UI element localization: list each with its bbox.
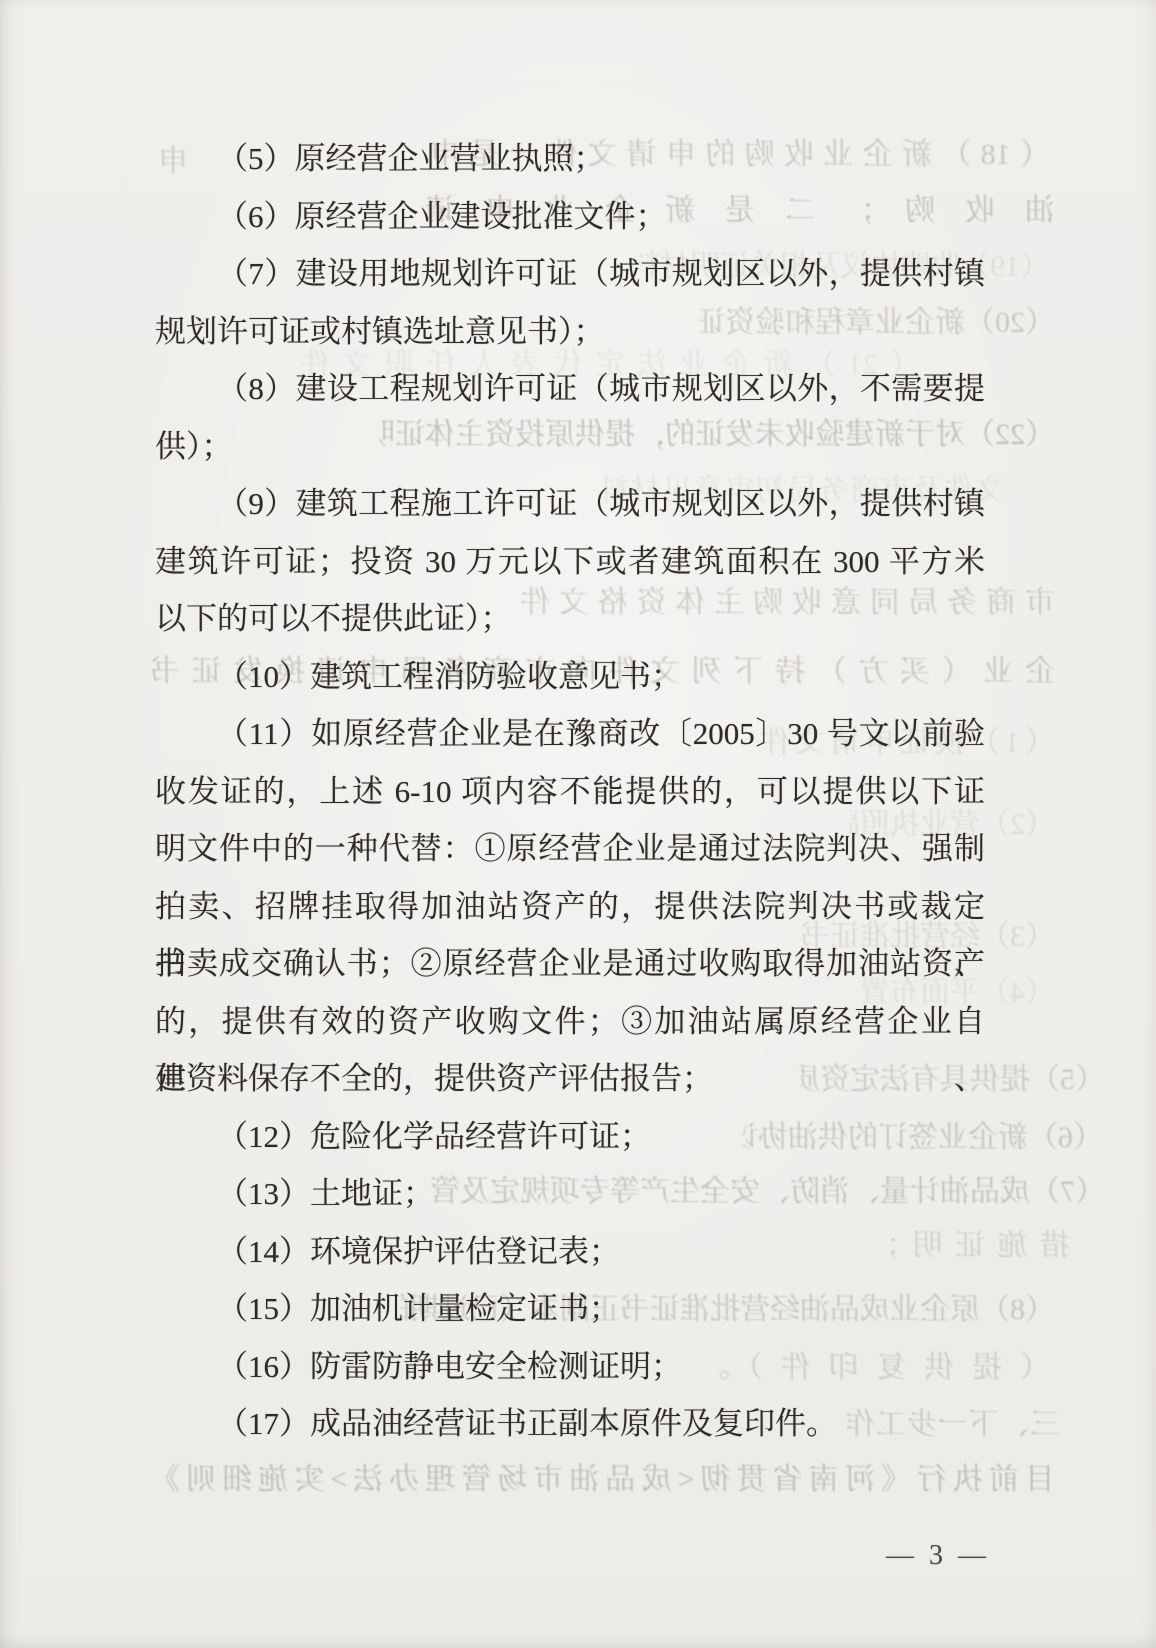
text-line-item11b: 收发证的，上述 6-10 项内容不能提供的，可以提供以下证 xyxy=(155,763,985,821)
document-text: （5）原经营企业营业执照； （6）原经营企业建设批准文件； （7）建设用地规划许… xyxy=(155,130,985,1453)
text-line-item13: （13）土地证； xyxy=(155,1165,985,1223)
text-line-item8b: 供）； xyxy=(155,418,985,476)
text-line-item11c: 明文件中的一种代替：①原经营企业是通过法院判决、强制 xyxy=(155,820,985,878)
text-line-item14: （14）环境保护评估登记表； xyxy=(155,1223,985,1281)
text-line-item8a: （8）建设工程规划许可证（城市规划区以外，不需要提 xyxy=(155,360,985,418)
text-line-item5: （5）原经营企业营业执照； xyxy=(155,130,985,188)
text-line-item17: （17）成品油经营证书正副本原件及复印件。 xyxy=(155,1395,985,1453)
text-line-item6: （6）原经营企业建设批准文件； xyxy=(155,188,985,246)
text-line-item11d: 拍卖、招牌挂取得加油站资产的，提供法院判决书或裁定书、 xyxy=(155,878,985,936)
text-line-item16: （16）防雷防静电安全检测证明； xyxy=(155,1338,985,1396)
bleedthrough-line: 目前执行《河南省贯彻<成品油市场管理办法>实施细则》 xyxy=(150,1460,1055,1500)
text-line-item15: （15）加油机计量检定证书； xyxy=(155,1280,985,1338)
text-line-item9c: 以下的可以不提供此证）； xyxy=(155,590,985,648)
text-line-item11f: 的，提供有效的资产收购文件；③加油站属原经营企业自建、 xyxy=(155,993,985,1051)
text-line-item9a: （9）建筑工程施工许可证（城市规划区以外，提供村镇 xyxy=(155,475,985,533)
text-line-item10: （10）建筑工程消防验收意见书； xyxy=(155,648,985,706)
text-line-item11a: （11）如原经营企业是在豫商改〔2005〕30 号文以前验 xyxy=(155,705,985,763)
page-number: — 3 — xyxy=(886,1540,990,1572)
text-line-item7a: （7）建设用地规划许可证（城市规划区以外，提供村镇 xyxy=(155,245,985,303)
text-line-item11e: 拍卖成交确认书；②原经营企业是通过收购取得加油站资产 xyxy=(155,935,985,993)
text-line-item7b: 规划许可证或村镇选址意见书）； xyxy=(155,303,985,361)
text-line-item12: （12）危险化学品经营许可证； xyxy=(155,1108,985,1166)
text-line-item9b: 建筑许可证；投资 30 万元以下或者建筑面积在 300 平方米 xyxy=(155,533,985,591)
